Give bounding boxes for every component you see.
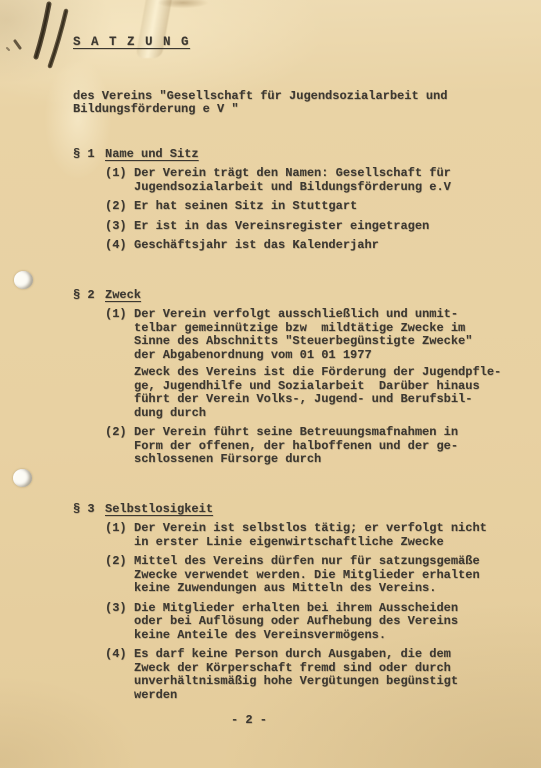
item-marker: (4) [105, 648, 134, 702]
section-items: (1)Der Verein ist selbstlos tätig; er ve… [105, 522, 505, 702]
item-text: Geschäftsjahr ist das Kalenderjahr [134, 239, 379, 253]
item-text: Der Verein ist selbstlos tätig; er verfo… [134, 522, 487, 549]
paragraph-item: (1)Der Verein verfolgt ausschließlich un… [105, 308, 505, 362]
section-heading-row: § 2Zweck [73, 289, 505, 303]
section-heading-row: § 3Selbstlosigkeit [73, 503, 505, 517]
item-text: Er ist in das Vereinsregister eingetrage… [134, 220, 429, 234]
section-number: § 3 [73, 503, 105, 517]
item-marker: (1) [105, 522, 134, 549]
item-marker [105, 366, 134, 420]
paragraph-item: (2)Mittel des Vereins dürfen nur für sat… [105, 555, 505, 596]
item-marker: (2) [105, 426, 134, 467]
item-marker: (1) [105, 167, 134, 194]
paragraph-item: (4)Es darf keine Person durch Ausgaben, … [105, 648, 505, 702]
document-content: S A T Z U N G des Vereins "Gesellschaft … [0, 0, 541, 768]
item-marker: (4) [105, 239, 134, 253]
section-heading: Zweck [105, 289, 141, 303]
item-marker: (1) [105, 308, 134, 362]
item-marker: (3) [105, 220, 134, 234]
item-marker: (2) [105, 555, 134, 596]
paragraph-item: (1)Der Verein trägt den Namen: Gesellsch… [105, 167, 505, 194]
item-text: Die Mitglieder erhalten bei ihrem Aussch… [134, 602, 458, 643]
item-text: Der Verein verfolgt ausschließlich und u… [134, 308, 472, 362]
document-subtitle: des Vereins "Gesellschaft für Jugendsozi… [73, 90, 505, 117]
section: § 1Name und Sitz(1)Der Verein trägt den … [73, 148, 505, 253]
paragraph-item: (1)Der Verein ist selbstlos tätig; er ve… [105, 522, 505, 549]
section-heading: Selbstlosigkeit [105, 503, 213, 517]
item-text: Zweck des Vereins ist die Förderung der … [134, 366, 501, 420]
item-marker: (2) [105, 200, 134, 214]
paragraph-item: (3)Die Mitglieder erhalten bei ihrem Aus… [105, 602, 505, 643]
page-number: - 2 - [231, 714, 505, 728]
section: § 3Selbstlosigkeit(1)Der Verein ist selb… [73, 503, 505, 703]
item-text: Der Verein trägt den Namen: Gesellschaft… [134, 167, 451, 194]
item-text: Er hat seinen Sitz in Stuttgart [134, 200, 357, 214]
section-number: § 1 [73, 148, 105, 162]
page-title: S A T Z U N G [73, 36, 190, 50]
document-page: S A T Z U N G des Vereins "Gesellschaft … [0, 0, 541, 768]
paragraph-item: (2)Er hat seinen Sitz in Stuttgart [105, 200, 505, 214]
paragraph-item: (4)Geschäftsjahr ist das Kalenderjahr [105, 239, 505, 253]
section-heading: Name und Sitz [105, 148, 199, 162]
item-text: Der Verein führt seine Betreuungsmafnahm… [134, 426, 458, 467]
section-items: (1)Der Verein trägt den Namen: Gesellsch… [105, 167, 505, 253]
paragraph-item: (3)Er ist in das Vereinsregister eingetr… [105, 220, 505, 234]
section-items: (1)Der Verein verfolgt ausschließlich un… [105, 308, 505, 467]
section-heading-row: § 1Name und Sitz [73, 148, 505, 162]
item-marker: (3) [105, 602, 134, 643]
section: § 2Zweck(1)Der Verein verfolgt ausschlie… [73, 289, 505, 467]
item-text: Es darf keine Person durch Ausgaben, die… [134, 648, 458, 702]
item-text: Mittel des Vereins dürfen nur für satzun… [134, 555, 480, 596]
sections: § 1Name und Sitz(1)Der Verein trägt den … [73, 148, 505, 703]
paragraph-item: Zweck des Vereins ist die Förderung der … [105, 366, 505, 420]
paragraph-item: (2)Der Verein führt seine Betreuungsmafn… [105, 426, 505, 467]
section-number: § 2 [73, 289, 105, 303]
